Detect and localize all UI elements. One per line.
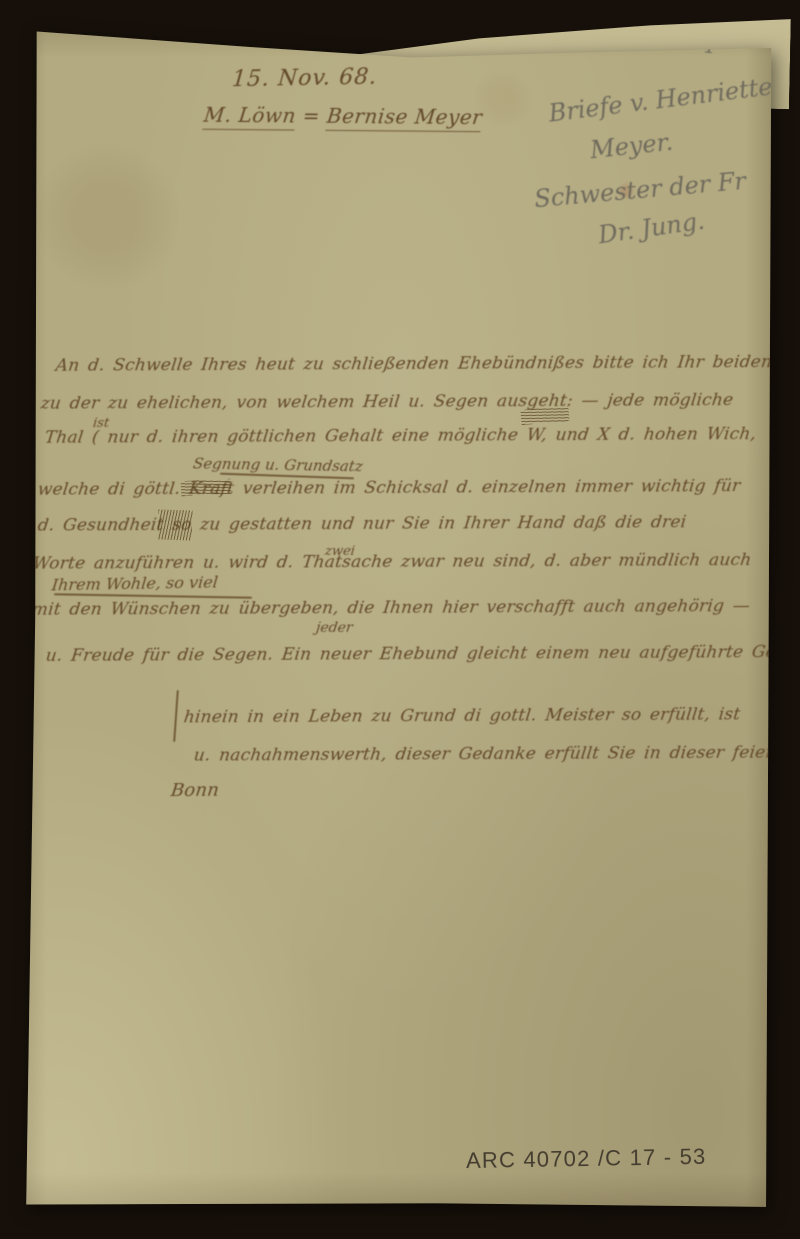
manuscript-sheet-wrap: 1 15. Nov. 68. M. Löwn = Bernise Meyer B… (24, 28, 772, 1208)
interlinear-insertion: Segnung u. Grundsatz (192, 455, 364, 476)
pencil-annotation-line: Meyer. (589, 128, 674, 165)
paragraph-insertion-stroke (173, 690, 179, 742)
page-number: 1 (703, 33, 718, 58)
interlinear-insertion: jeder (315, 620, 354, 636)
pencil-annotation-line: Schwester der Fr (533, 167, 747, 213)
pencil-annotation-line: Dr. Jung. (597, 207, 707, 250)
ink-scribble-crossout (157, 509, 192, 540)
manuscript-line: Thal ( nur d. ihren göttlichen Gehalt ei… (44, 424, 758, 448)
names-heading: M. Löwn = Bernise Meyer (203, 103, 484, 129)
place-signoff: Bonn (170, 780, 221, 801)
manuscript-line: mit den Wünschen zu übergeben, die Ihnen… (31, 596, 752, 620)
underlined-phrase: Ihrem Wohle, so viel (51, 573, 219, 595)
groom-name: M. Löwn (202, 103, 297, 131)
equals-separator: = (295, 104, 329, 128)
archival-reference: ARC 40702 /C 17 - 53 (466, 1144, 707, 1174)
ink-scribble-crossout (181, 479, 232, 497)
underline-stroke (54, 593, 252, 598)
bride-name: Bernise Meyer (325, 104, 483, 132)
photo-background: 1 15. Nov. 68. M. Löwn = Bernise Meyer B… (0, 0, 800, 1239)
manuscript-line: Worte anzuführen u. wird d. Thatsache zw… (32, 550, 753, 574)
interlinear-insertion: ist (92, 416, 110, 431)
manuscript-line: u. nachahmenswerth, dieser Gedanke erfül… (193, 742, 800, 765)
manuscript-line: An d. Schwelle Ihres heut zu schließende… (55, 352, 774, 376)
ink-scribble-crossout (520, 406, 569, 425)
pencil-annotation-line: Briefe v. Henriette (547, 72, 774, 127)
manuscript-line: hinein in ein Leben zu Grund di gottl. M… (183, 705, 742, 728)
manuscript-line: zu der zu ehelichen, von welchem Heil u.… (40, 390, 735, 414)
manuscript-line: u. Freude für die Segen. Ein neuer Ehebu… (45, 642, 800, 666)
date-heading: 15. Nov. 68. (231, 65, 378, 93)
manuscript-page: 1 15. Nov. 68. M. Löwn = Bernise Meyer B… (24, 28, 772, 1208)
manuscript-line: d. Gesundheit so zu gestatten und nur Si… (37, 512, 688, 535)
manuscript-line: welche di göttl. Kraft verleihen im Schi… (37, 476, 742, 500)
